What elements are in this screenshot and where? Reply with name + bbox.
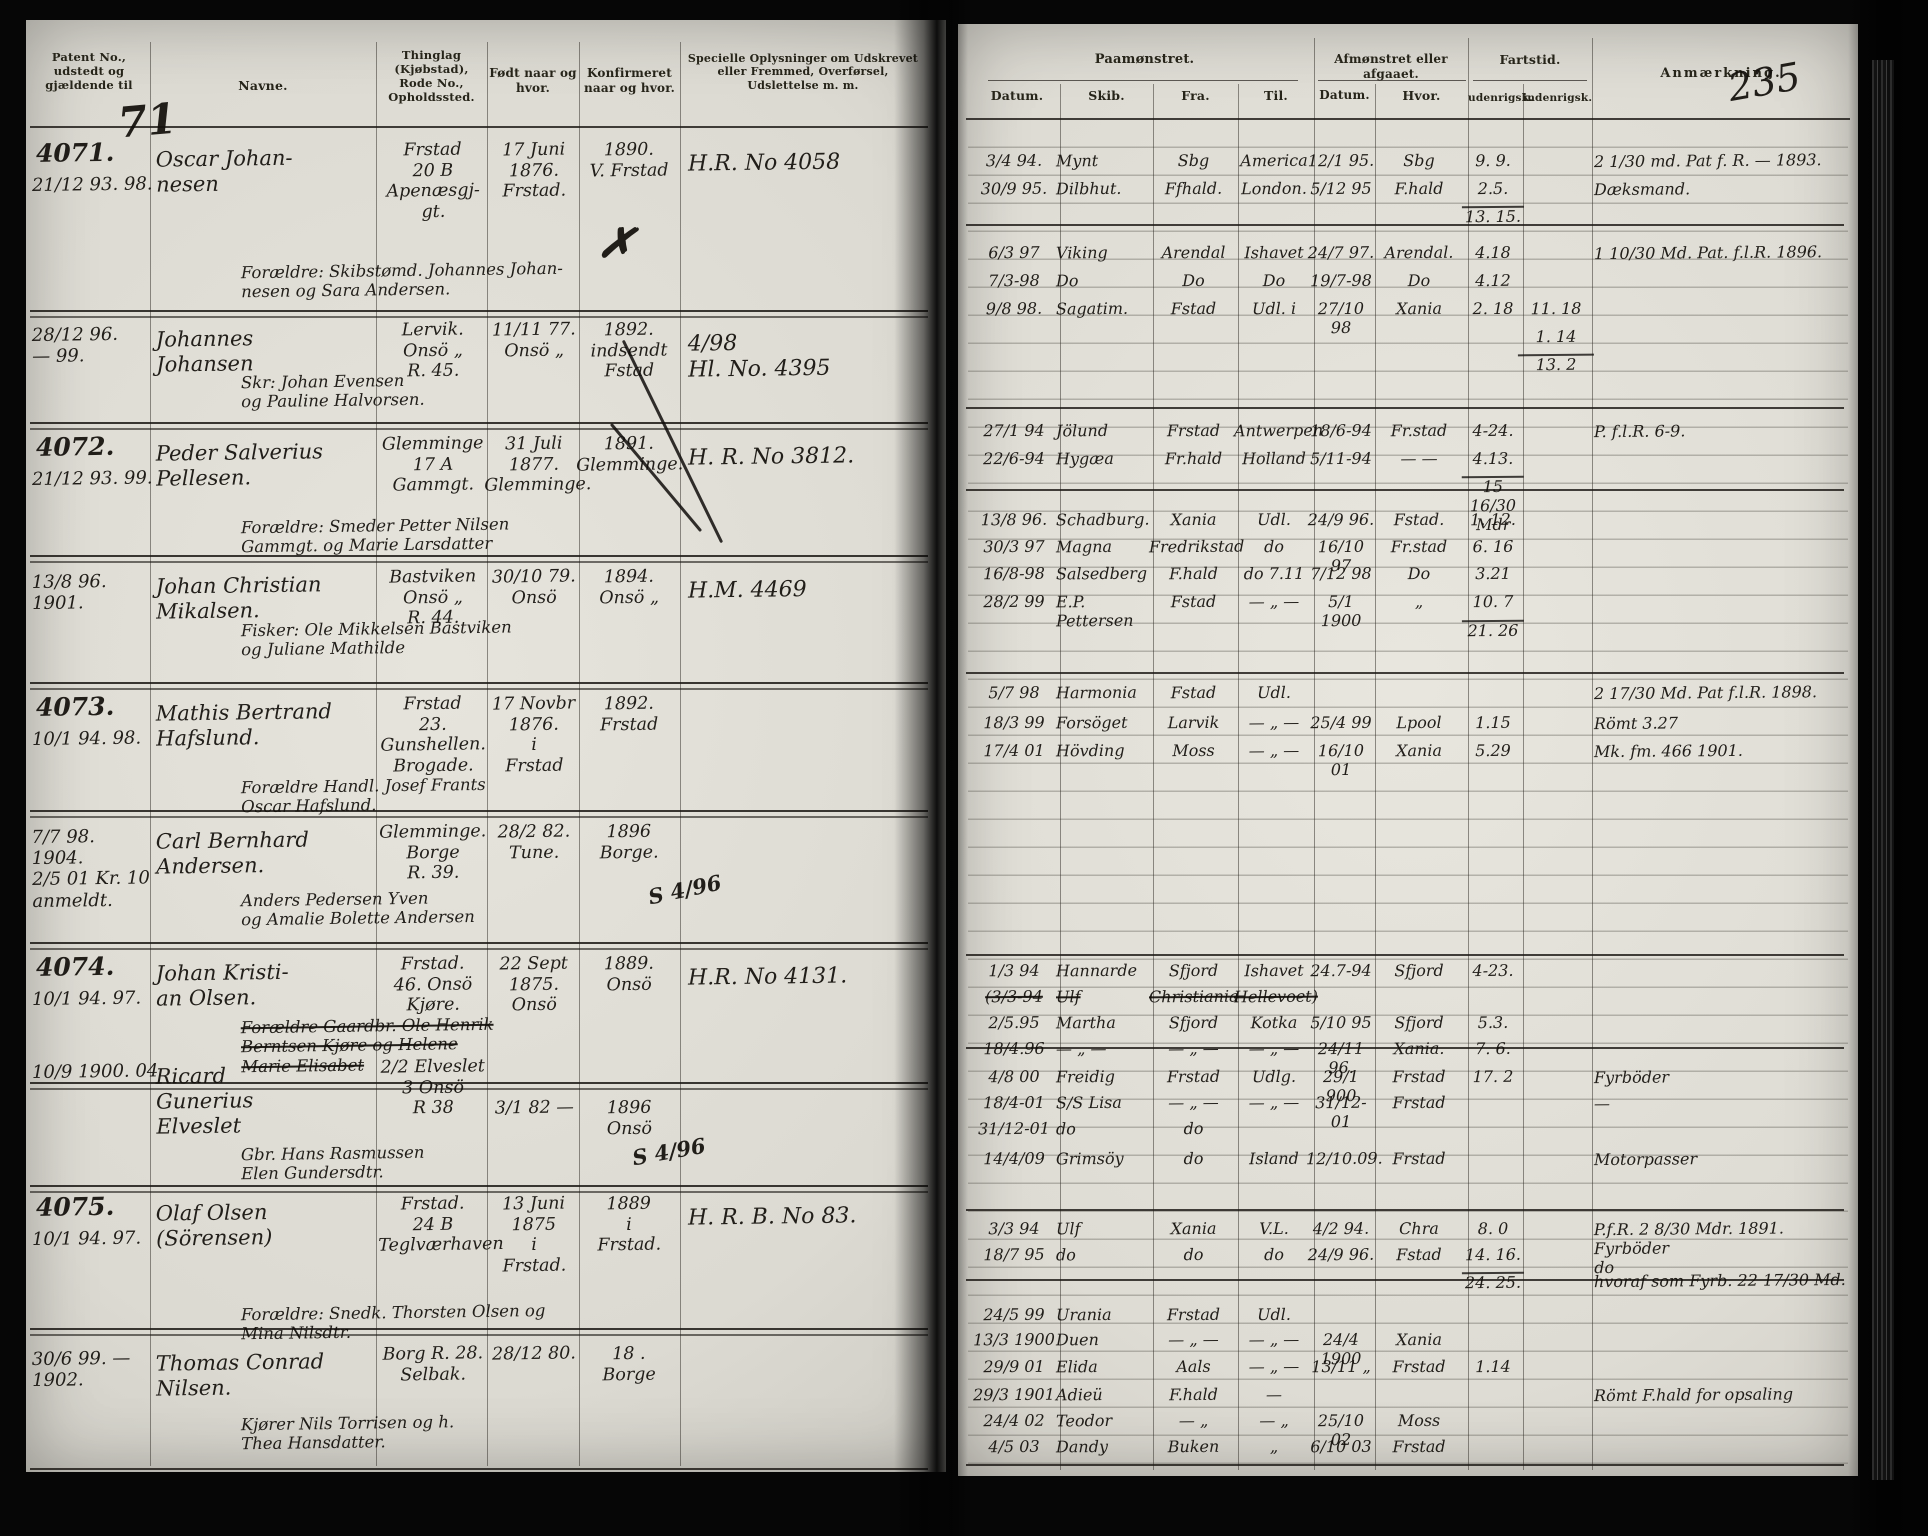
entry-parents: Forældre: Snedk. Thorsten Olsen og Mina … [241,1299,711,1344]
row-where: Frstad [1370,1438,1468,1458]
row-time-foreign: 3.21 [1462,565,1524,584]
group-underline [1473,80,1587,81]
row-where: Sfjord [1370,962,1468,982]
row-from: Frstad [1149,1306,1238,1326]
row-where: Sbg [1370,152,1468,172]
row-to: Udlg. [1234,1068,1314,1088]
entry-born: 17 Juni 1876. Frstad. [484,139,585,202]
row-to: Udl. i [1234,300,1314,320]
group-separator [966,407,1844,409]
row-date-signed-off: 24.7-94 [1306,962,1376,981]
entry-separator [30,422,928,430]
row-to: Hellevoet) [1234,988,1314,1008]
row-time-domestic: 13. 2 [1518,354,1594,376]
entry-confirmed: 1891. Glemminge. [576,433,683,476]
entry-born: 28/2 82. Tune. [484,821,585,864]
row-ship: Duen [1056,1331,1153,1351]
row-date-signed-on: 18/4-01 [970,1094,1058,1114]
row-where: Fstad [1370,1246,1468,1266]
row-to: do [1234,538,1314,558]
row-date-signed-on: 29/3 1901 [970,1386,1058,1406]
row-to: Kotka [1234,1014,1314,1034]
entry-name: Johan Christian Mikalsen. [156,571,392,624]
entry-patent-no: 4072. [36,431,166,462]
row-date-signed-off: 5/10 95 [1306,1014,1376,1033]
sub-header-where: Hvor. [1375,88,1468,103]
row-ship: S/S Lisa [1056,1094,1153,1114]
row-date-signed-on: 24/4 02 [970,1412,1058,1432]
row-date-signed-on: 28/2 99 [970,593,1058,613]
row-to: — „ — [1234,1040,1314,1060]
row-ship: Ulf [1056,988,1153,1008]
row-date-signed-on: (3/3-94 [970,988,1058,1008]
row-to: — „ [1234,1412,1314,1432]
row-ship: Martha [1056,1014,1153,1034]
row-where: Chra [1370,1220,1468,1240]
sub-header-date-off: Datum. [1314,88,1375,103]
entry-name: Olaf Olsen (Sörensen) [156,1198,392,1251]
row-from: Larvik [1149,714,1238,734]
row-from: F.hald [1149,565,1238,585]
entry-special-note: H.R. No 4058 [688,148,928,177]
row-from: Christiania [1149,988,1238,1008]
row-time-foreign: 6. 16 [1462,538,1524,557]
row-ship: Urania [1056,1306,1153,1326]
row-time-foreign: 4.12 [1462,272,1524,291]
entry-name: Johan Kristi- an Olsen. [156,958,392,1011]
entry-confirmed: 18 . Borge [576,1343,683,1386]
row-from: Sfjord [1149,962,1238,982]
row-date-signed-on: 3/3 94 [970,1220,1058,1240]
entry-confirmed: 1896 Onsö [575,1056,682,1140]
row-where: „ [1370,593,1468,613]
row-ship: Forsöget [1056,714,1153,734]
entry-born: 31 Juli 1877. Glemminge. [484,433,585,496]
row-where: Frstad [1370,1150,1468,1170]
row-ship: Sagatim. [1056,300,1153,320]
row-from: do [1149,1120,1238,1140]
row-to: do [1234,1246,1314,1266]
row-from: Xania [1149,1220,1238,1240]
entry-special-note: 4/98 Hl. No. 4395 [688,328,929,383]
row-time-foreign: 7. 6. [1462,1040,1524,1059]
row-ship: Viking [1056,244,1153,264]
group-underline [1318,80,1466,81]
row-ship: Magna [1056,538,1153,558]
row-date-signed-off: 5/1 1900 [1306,593,1376,631]
row-where: Lpool [1370,714,1468,734]
row-date-signed-off: 18/6-94 [1306,422,1376,441]
row-remark: P.f.R. 2 8/30 Mdr. 1891. Fyrböder do [1594,1219,1856,1278]
row-ship: Mynt [1056,152,1153,172]
row-where: — — [1370,450,1468,470]
entry-confirmed: 1889. Onsö [576,953,683,996]
entry-separator [30,555,928,563]
row-ship: Dandy [1056,1438,1153,1458]
row-ship: Hygæa [1056,450,1153,470]
row-remark: 1 10/30 Md. Pat. f.l.R. 1896. [1594,243,1856,264]
row-to: Island [1234,1150,1314,1170]
row-remark: — [1594,1093,1856,1114]
row-ship: E.P. Pettersen [1056,593,1153,632]
row-from: Sbg [1149,152,1238,172]
sub-header-date-on: Datum. [975,88,1059,103]
row-date-signed-on: 31/12-01 [970,1120,1058,1140]
row-time-foreign: 5.3. [1462,1014,1524,1033]
row-where: Fr.stad [1370,538,1468,558]
row-to: — „ — [1234,714,1314,734]
row-time-domestic: 11. 18 [1518,300,1594,320]
row-date-signed-on: 27/1 94 [970,422,1058,442]
row-where: Frstad [1370,1068,1468,1088]
row-from: Fredrikstad [1149,538,1238,558]
row-from: Ffhald. [1149,180,1238,200]
left-page: Patent No., udstedt og gjældende til Nav… [26,20,946,1472]
column-rule [1592,84,1593,1470]
entry-born: 11/11 77. Onsö „ [484,319,585,362]
scanned-register-spread: Patent No., udstedt og gjældende til Nav… [0,0,1928,1536]
row-where: Xania [1370,300,1468,320]
entry-patent-no: 4073. [36,691,166,722]
entry-born: 22 Sept 1875. Onsö [484,953,585,1016]
row-time-foreign: 24. 25. [1462,1272,1524,1293]
entry-parents: Anders Pedersen Yven og Amalie Bolette A… [241,885,711,930]
page-bottom-rule [30,1468,928,1470]
group-separator [966,954,1844,956]
row-date-signed-off: 12/10.09. [1306,1150,1376,1169]
row-time-foreign: 5.29 [1462,742,1524,761]
entry-parents: Forældre: Skibstømd. Johannes Johan- nes… [241,257,711,302]
row-from: — „ — [1149,1331,1238,1351]
row-date-signed-on: 18/3 99 [970,714,1058,734]
row-date-signed-on: 18/4.96 [970,1040,1058,1060]
entry-patent-no: 4075. [36,1191,166,1222]
row-from: Buken [1149,1438,1238,1458]
row-date-signed-off: 7/12 98 [1306,565,1376,584]
row-ship: — „ — [1056,1040,1153,1060]
row-from: do [1149,1246,1238,1266]
entry-parents: Forældre: Smeder Petter Nilsen Gammgt. o… [241,512,711,557]
row-to: — „ — [1234,1358,1314,1378]
row-to: „ [1234,1438,1314,1458]
row-where: Xania. [1370,1040,1468,1060]
row-to: Udl. [1234,511,1314,531]
row-from: — „ — [1149,1040,1238,1060]
row-from: Arendal [1149,244,1238,264]
row-time-foreign: 1.14 [1462,1358,1524,1377]
row-date-signed-off: 25/4 99 [1306,714,1376,733]
row-time-foreign: 1. 12. [1462,511,1524,530]
row-remark: Römt F.hald for opsaling [1594,1385,1856,1406]
row-ship: do [1056,1120,1153,1140]
entry-special-note: H.M. 4469 [688,575,928,604]
entry-residence: 2/2 Elveslet 3 Onsö R 38 [378,1056,489,1119]
row-date-signed-on: 7/3-98 [970,272,1058,292]
entry-separator [30,942,928,950]
right-page: Paamønstret. Afmønstret eller afgaaet. F… [958,24,1858,1476]
row-date-signed-off: 16/10 01 [1306,742,1376,780]
row-ship: Salsedberg [1056,565,1153,585]
row-ship: Elida [1056,1358,1153,1378]
row-to: Ishavet [1234,962,1314,982]
row-from: Fstad [1149,593,1238,613]
row-where: Moss [1370,1412,1468,1432]
group-header-sailing-time: Fartstid. [1468,52,1592,67]
group-header-signed-on: Paamønstret. [975,52,1314,68]
row-time-domestic: 1. 14 [1518,328,1594,348]
row-to: London. [1234,180,1314,200]
row-remark: 2 17/30 Md. Pat f.l.R. 1898. [1594,683,1856,704]
column-rule [150,42,151,1466]
row-date-signed-on: 5/7 98 [970,684,1058,704]
row-date-signed-off: 19/7-98 [1306,272,1376,291]
entry-residence: Frstad. 46. Onsö Kjøre. [378,953,489,1016]
row-from: Fstad [1149,684,1238,704]
row-date-signed-on: 30/9 95. [970,180,1058,200]
row-date-signed-on: 9/8 98. [970,300,1058,320]
row-time-foreign: 21. 26 [1462,620,1524,641]
group-separator [966,224,1844,226]
marginal-note: ✗ [595,216,637,271]
row-remark: Römt 3.27 [1594,713,1856,734]
row-from: Xania [1149,511,1238,531]
group-header-remarks: Anmærkning. [1592,66,1850,82]
entry-confirmed: 1894. Onsö „ [576,566,683,609]
sub-header-to: Til. [1238,88,1314,103]
entry-separator [30,682,928,690]
header-rule [966,118,1850,120]
group-separator [966,489,1844,491]
entry-confirmed: 1890. V. Frstad [576,139,683,182]
row-time-foreign: 2.5. [1462,180,1524,199]
row-ship: Dilbhut. [1056,180,1153,200]
row-from: Do [1149,272,1238,292]
row-remark: Dæksmand. [1594,179,1856,200]
row-to: Do [1234,272,1314,292]
row-to: — [1234,1386,1314,1406]
row-from: Moss [1149,742,1238,762]
row-remark: P. f.l.R. 6-9. [1594,421,1856,442]
book-binding [894,0,968,1536]
row-to: — „ — [1234,1094,1314,1114]
row-date-signed-on: 4/5 03 [970,1438,1058,1458]
row-date-signed-off: 24/9 96. [1306,1246,1376,1265]
row-from: do [1149,1150,1238,1170]
entry-name: Ricard Gunerius Elveslet [155,1061,391,1139]
row-date-signed-on: 13/8 96. [970,511,1058,531]
row-ship: Harmonia [1056,684,1153,704]
row-where: Frstad [1370,1094,1468,1114]
column-header-name: Navne. [150,78,376,93]
sub-header-from: Fra. [1153,88,1238,103]
row-time-foreign: 1.15 [1462,714,1524,733]
row-time-foreign: 13. 15. [1462,206,1524,227]
row-to: — „ — [1234,593,1314,613]
entry-born: 17 Novbr 1876. i Frstad [483,693,584,777]
row-from: — „ — [1149,1094,1238,1114]
column-header-confirmed: Konfirmeret naar og hvor. [579,66,680,95]
sub-header-domestic: indenrigsk. [1523,92,1592,105]
row-time-foreign: 9. 9. [1462,152,1524,171]
row-where: Xania [1370,742,1468,762]
entry-born: 28/12 80. [484,1343,584,1365]
row-to: Holland [1234,450,1314,470]
entry-name: Oscar Johan- nesen [156,144,392,197]
entry-residence: Glemminge 17 A Gammgt. [378,433,489,496]
entry-residence: Borg R. 28. Selbak. [378,1343,489,1386]
row-ship: Adieü [1056,1386,1153,1406]
row-ship: do [1056,1246,1153,1266]
entry-born: 3/1 82 — [484,1056,585,1119]
row-date-signed-on: 4/8 00 [970,1068,1058,1088]
row-where: Arendal. [1370,244,1468,264]
row-ship: Grimsöy [1056,1150,1153,1170]
row-ship: Ulf [1056,1220,1153,1240]
row-ship: Freidig [1056,1068,1153,1088]
row-remark: Motorpasser [1594,1149,1856,1170]
row-to: — „ — [1234,1331,1314,1351]
group-header-signed-off: Afmønstret eller afgaaet. [1314,52,1468,81]
row-time-foreign: 4.13. [1462,450,1524,469]
row-date-signed-off: 5/11-94 [1306,450,1376,469]
entry-name: Thomas Conrad Nilsen. [156,1348,392,1401]
page-edge-streaks [1872,60,1894,1480]
group-underline [988,80,1298,81]
row-from: Sfjord [1149,1014,1238,1034]
row-date-signed-off: 13/11 „ [1306,1358,1376,1377]
row-ship: Hannarde [1056,962,1153,982]
row-date-signed-off: 6/10 03 [1306,1438,1376,1457]
row-date-signed-on: 18/7 95 [970,1246,1058,1266]
entry-residence: Frstad 20 B Apenæsgj- gt. [377,139,488,223]
row-ship: Hövding [1056,742,1153,762]
row-to: Udl. [1234,684,1314,704]
row-ship: Teodor [1056,1412,1153,1432]
entry-special-note: H. R. B. No 83. [688,1202,928,1231]
entry-patent-no: 4074. [36,951,166,982]
row-date-signed-on: 16/8-98 [970,565,1058,585]
entry-name: Peder Salverius Pellesen. [156,438,392,491]
row-date-signed-on: 3/4 94. [970,152,1058,172]
entry-name: Carl Bernhard Andersen. [156,826,392,879]
row-date-signed-off: 4/2 94. [1306,1220,1376,1239]
row-time-foreign: 4-23. [1462,962,1524,981]
row-from: F.hald [1149,1386,1238,1406]
row-to: Antwerpen [1234,422,1314,442]
row-remark: 2 1/30 md. Pat f. R. — 1893. [1594,151,1856,172]
row-where: Do [1370,565,1468,585]
row-remark: Fyrböder [1594,1067,1856,1088]
row-remark: Mk. fm. 466 1901. [1594,741,1856,762]
entry-special-note: H. R. No 3812. [688,442,928,471]
row-time-foreign: 14. 16. [1462,1246,1524,1265]
row-where: Xania [1370,1331,1468,1351]
entry-residence: Frstad. 24 B Teglværhaven [378,1193,489,1256]
row-to: Udl. [1234,1306,1314,1326]
entry-special-note: H.R. No 4131. [688,962,928,991]
row-ship: Do [1056,272,1153,292]
row-from: Frstad [1149,1068,1238,1088]
entry-name: Johannes Johansen [156,324,392,377]
row-where: F.hald [1370,180,1468,200]
entry-confirmed: 1889 i Frstad. [576,1193,683,1256]
row-date-signed-off: 27/10 98 [1306,300,1376,338]
sub-header-foreign: udenrigsk. [1468,92,1523,105]
row-from: — „ [1149,1412,1238,1432]
row-where: Do [1370,272,1468,292]
row-where: Fstad. [1370,511,1468,531]
entry-name: Mathis Bertrand Hafslund. [156,698,392,751]
group-column-rule [1468,38,1469,84]
group-separator [966,672,1844,674]
entry-born: 30/10 79. Onsö [484,566,585,609]
row-from: Aals [1149,1358,1238,1378]
row-date-signed-on: 6/3 97 [970,244,1058,264]
marginal-note: 71 [116,94,179,148]
row-time-foreign: 10. 7 [1462,593,1524,612]
entry-confirmed: 1896 Borge. [576,821,683,864]
group-column-rule [1592,38,1593,84]
row-remark: hvoraf som Fyrb. 22 17/30 Md. [1594,1271,1856,1292]
column-rule [376,42,377,1466]
entry-parents: Kjører Nils Torrisen og h. Thea Hansdatt… [241,1409,711,1454]
entry-separator [30,310,928,318]
row-date-signed-on: 17/4 01 [970,742,1058,762]
row-to: Ishavet [1234,244,1314,264]
row-time-foreign: 4.18 [1462,244,1524,263]
row-where: Frstad [1370,1358,1468,1378]
sub-header-ship: Skib. [1060,88,1153,103]
column-header-special-notes: Specielle Oplysninger om Udskrevet eller… [680,52,926,92]
row-ship: Schadburg. [1056,511,1153,531]
entry-parents: Fisker: Ole Mikkelsen Bastviken og Julia… [241,615,711,660]
row-time-foreign: 4-24. [1462,422,1524,441]
group-column-rule [1314,38,1315,84]
group-separator [966,1209,1844,1211]
row-to: V.L. [1234,1220,1314,1240]
row-date-signed-on: 29/9 01 [970,1358,1058,1378]
row-date-signed-off: 24/9 96. [1306,511,1376,530]
row-where: Sfjord [1370,1014,1468,1034]
entry-residence: Glemminge. Borge R. 39. [378,821,489,884]
row-date-signed-on: 30/3 97 [970,538,1058,558]
entry-residence: Frstad 23. Gunshellen. Brogade. [377,693,488,777]
row-date-signed-on: 14/4/09 [970,1150,1058,1170]
row-to: — „ — [1234,742,1314,762]
row-date-signed-on: 2/5.95 [970,1014,1058,1034]
row-time-foreign: 2. 18 [1462,300,1524,319]
row-date-signed-off: 12/1 95. [1306,152,1376,171]
row-time-foreign: 17. 2 [1462,1068,1524,1087]
row-date-signed-on: 22/6-94 [970,450,1058,470]
entry-born: 13 Juni 1875 i Frstad. [483,1193,584,1277]
row-date-signed-on: 13/3 1900 [970,1331,1058,1351]
entry-confirmed: 1892. Frstad [576,693,683,736]
group-separator [966,1464,1844,1466]
row-to: America [1234,152,1314,172]
row-ship: Jölund [1056,422,1153,442]
row-where: Fr.stad [1370,422,1468,442]
row-date-signed-off: 31/12-01 [1306,1094,1376,1132]
row-from: Fr.hald [1149,450,1238,470]
row-from: Frstad [1149,422,1238,442]
column-header-born: Født naar og hvor. [487,66,579,95]
column-header-residence: Thinglag (Kjøbstad), Rode No., Opholdsst… [376,48,487,104]
entry-parents: Forældre Handl. Josef Frants Oscar Hafsl… [241,772,711,817]
row-date-signed-off: 5/12 95 [1306,180,1376,199]
column-header-patent-no: Patent No., udstedt og gjældende til [28,50,150,92]
row-to: do 7.11 [1234,565,1314,585]
